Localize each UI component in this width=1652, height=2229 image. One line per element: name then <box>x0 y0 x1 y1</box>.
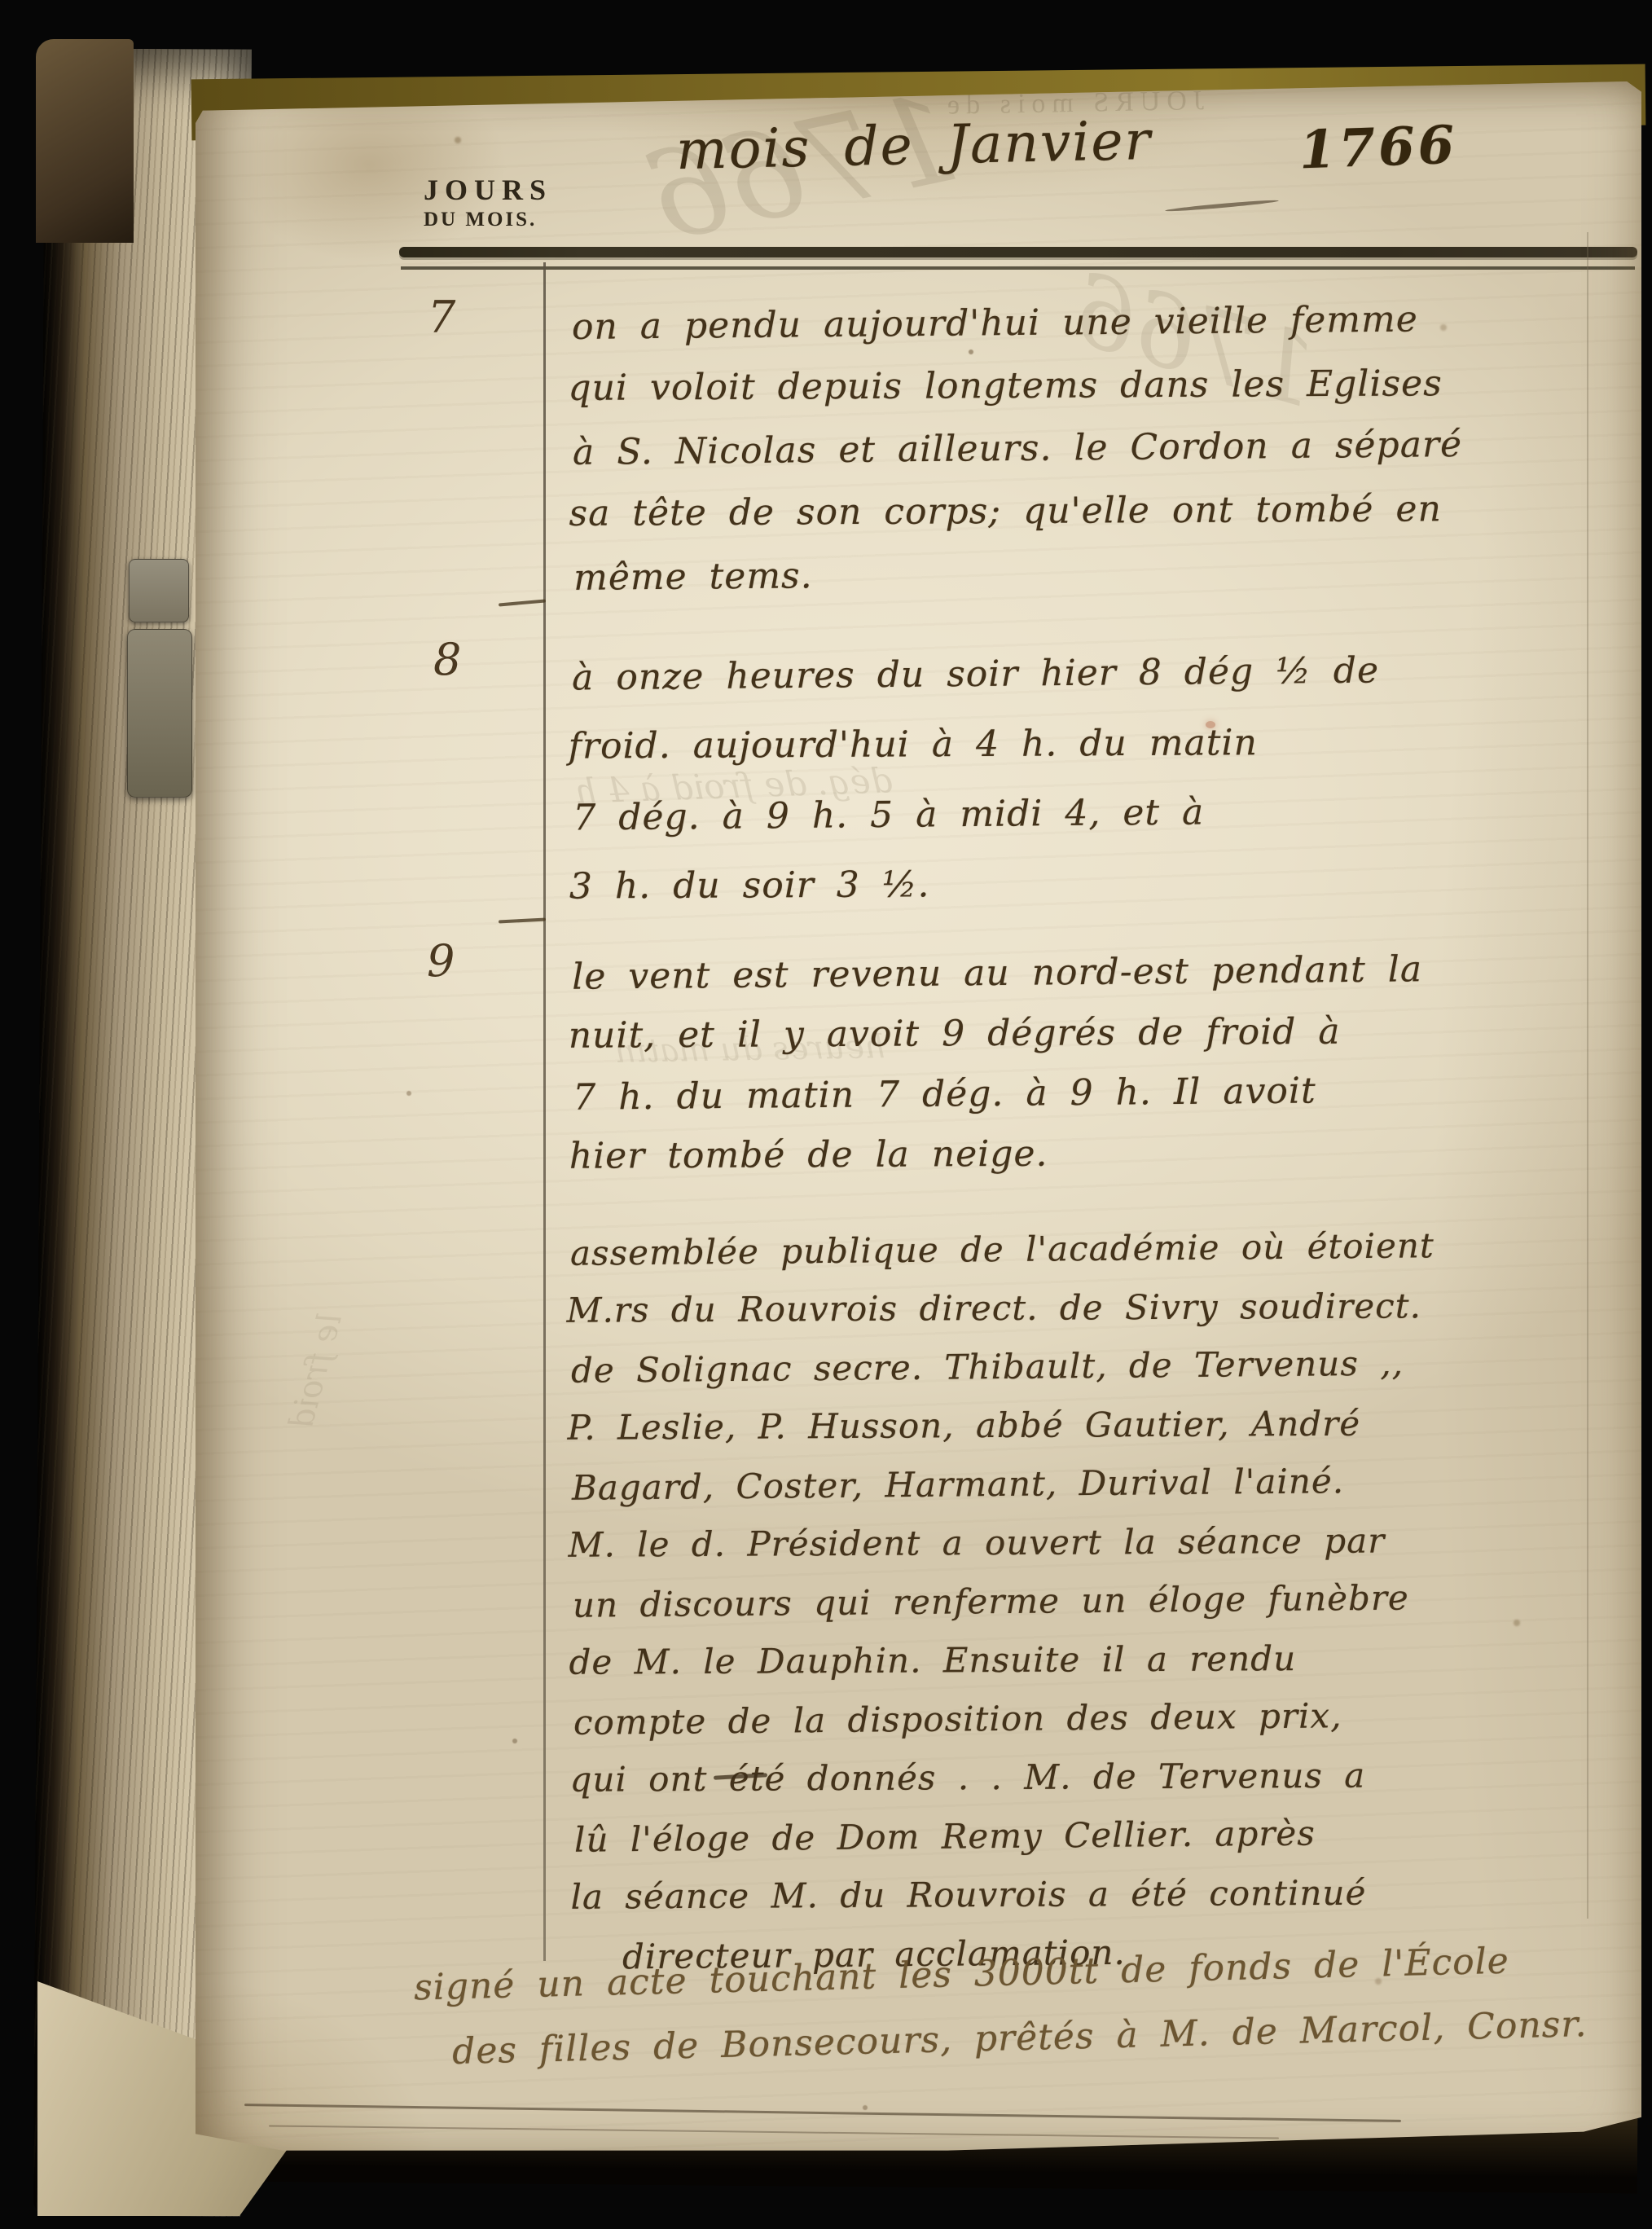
journal-line: nuit, et il y avoit 9 dégrés de froid à <box>569 1001 1419 1066</box>
binding-tab-large <box>127 629 192 798</box>
journal-line: Bagard, Coster, Harmant, Durival l'ainé. <box>572 1451 1436 1518</box>
journal-line: M.rs du Rouvrois direct. de Sivry soudir… <box>566 1277 1430 1340</box>
entry-separator-tick <box>499 917 546 923</box>
journal-line: de Solignac secre. Thibault, de Tervenus… <box>571 1334 1435 1400</box>
page-curl-shadow-line <box>269 2125 1279 2139</box>
journal-line: M. le d. Président a ouvert la séance pa… <box>568 1511 1432 1575</box>
journal-line: 7 h. du matin 7 dég. à 9 h. Il avoit <box>573 1060 1424 1128</box>
journal-line: 7 dég. à 9 h. 5 à midi 4, et à <box>573 776 1381 853</box>
journal-line: hier tombé de la neige. <box>569 1122 1420 1186</box>
journal-entry-day-8: à onze heures du soir hier 8 dég ½ de fr… <box>569 637 1378 923</box>
journal-line: qui voloit depuis longtems dans les Egli… <box>568 352 1457 420</box>
binding-tab-small <box>129 559 189 622</box>
day-number: 8 <box>433 634 461 685</box>
journal-line: P. Leslie, P. Husson, abbé Gautier, Andr… <box>567 1394 1431 1457</box>
journal-line: froid. aujourd'hui à 4 h. du matin <box>568 707 1375 781</box>
journal-line: de M. le Dauphin. Ensuite il a rendu <box>569 1629 1433 1692</box>
day-column-rule <box>543 262 546 1961</box>
printed-header-du-mois: DU MOIS. <box>424 209 537 231</box>
bleedthrough-handwriting: le froid <box>283 1309 349 1434</box>
header-rule-thin <box>401 266 1635 270</box>
journal-line: un discours qui renferme un éloge funèbr… <box>573 1568 1437 1635</box>
journal-line: sa tête de son corps; qu'elle ont tombé … <box>569 477 1458 545</box>
journal-line: à S. Nicolas et ailleurs. le Cordon a sé… <box>573 413 1463 484</box>
journal-entry-day-7: on a pendu aujourd'hui une vieille femme… <box>569 288 1461 609</box>
header-rule-thick <box>399 247 1637 257</box>
title-flourish <box>1165 199 1279 213</box>
printed-header-jours: JOURS <box>424 173 552 207</box>
journal-line: compte de la disposition des deux prix, <box>573 1686 1438 1752</box>
day-number: 7 <box>428 292 455 343</box>
journal-line: on a pendu aujourd'hui une vieille femme <box>572 288 1462 358</box>
binding-cloth-corner <box>36 39 134 243</box>
journal-entry-day-9-weather: le vent est revenu au nord-est pendant l… <box>569 940 1421 1187</box>
journal-line: qui ont été donnés . . M. de Tervenus a <box>569 1746 1434 1809</box>
journal-entry-day-9-academy: assemblée publique de l'académie où étoi… <box>568 1217 1437 1985</box>
marginal-note-line: des filles de Bonsecours, prêtés à M. de… <box>452 2003 1588 2073</box>
journal-line: 3 h. du soir 3 ½. <box>569 847 1377 921</box>
month-title: mois de Janvier <box>675 109 1152 182</box>
journal-line: le vent est revenu au nord-est pendant l… <box>572 939 1423 1007</box>
entry-separator-tick <box>499 599 546 606</box>
journal-line: assemblée publique de l'académie où étoi… <box>570 1216 1435 1283</box>
scanned-journal-photo: 1766 1766 JOURS mois de dég. de froid à … <box>0 0 1652 2229</box>
day-number: 9 <box>427 935 455 987</box>
right-margin-crease <box>1587 232 1588 1919</box>
ink-stain <box>1206 721 1215 728</box>
journal-page: 1766 1766 JOURS mois de dég. de froid à … <box>196 81 1641 2163</box>
page-curl-shadow-line <box>244 2104 1401 2122</box>
journal-line: la séance M. du Rouvrois a été continué <box>570 1863 1435 1927</box>
journal-line: lû l'éloge de Dom Remy Cellier. après <box>574 1803 1439 1870</box>
year: 1766 <box>1298 115 1459 182</box>
journal-line: à onze heures du soir hier 8 dég ½ de <box>572 635 1380 713</box>
journal-line: même tems. <box>573 539 1464 609</box>
